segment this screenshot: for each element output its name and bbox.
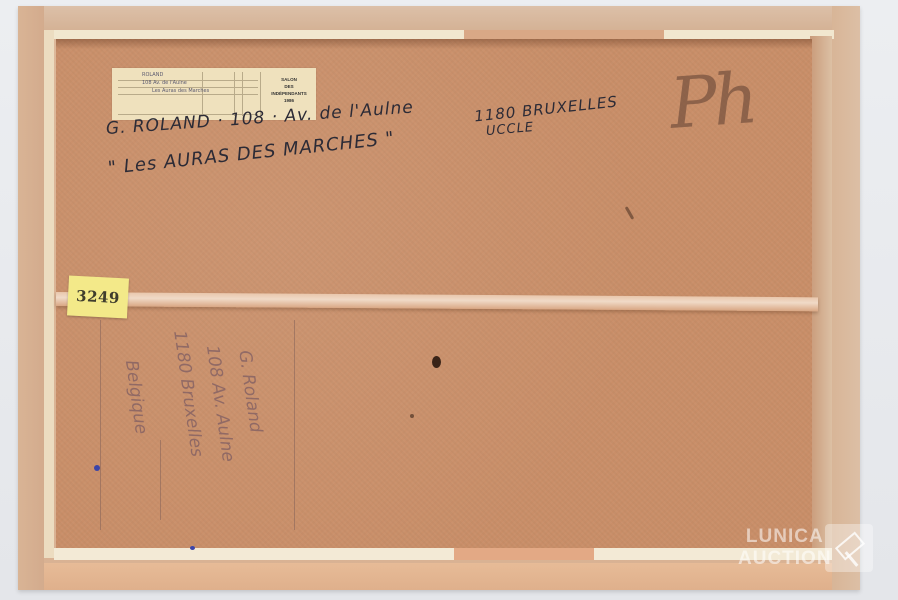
label-artist-name: ROLAND (142, 72, 163, 78)
gavel-icon (825, 524, 873, 572)
stain (432, 356, 441, 368)
label-title: Les Auras des Marches (152, 88, 209, 94)
salon-year: 1986 (264, 97, 314, 104)
frame-bottom-rail (18, 563, 860, 590)
frame-inner-lip-top (44, 30, 834, 39)
frame-top-rail (18, 6, 860, 32)
pencil-line (160, 440, 161, 520)
stain (410, 414, 414, 418)
frame-left-rail (18, 6, 44, 590)
frame-inner-lip-left (44, 30, 54, 558)
salon-line-3: INDÉPENDANTS (264, 90, 314, 97)
watermark-line-1: LUNICA (738, 526, 832, 548)
blue-mark (94, 465, 100, 471)
blue-mark (190, 546, 195, 550)
lot-number-tag: 3249 (67, 275, 129, 318)
lot-number: 3249 (76, 287, 121, 307)
frame-right-rail (832, 6, 860, 590)
frame-inner-lip-bottom (54, 548, 832, 560)
panel-shadow (56, 39, 812, 49)
salon-line-1: SALON (264, 76, 314, 83)
salon-heading: SALON DES INDÉPENDANTS 1986 (264, 76, 314, 104)
auction-watermark: LUNICA AUCTION (738, 526, 832, 570)
pencil-line (294, 320, 295, 530)
label-address: 108 Av. de l'Aulne (142, 80, 187, 86)
watermark-line-2: AUCTION (738, 548, 832, 570)
pencil-line (100, 320, 101, 530)
frame-inner-lip-right (810, 36, 832, 556)
inscription-monogram: Ph (667, 57, 757, 145)
salon-line-2: DES (264, 83, 314, 90)
